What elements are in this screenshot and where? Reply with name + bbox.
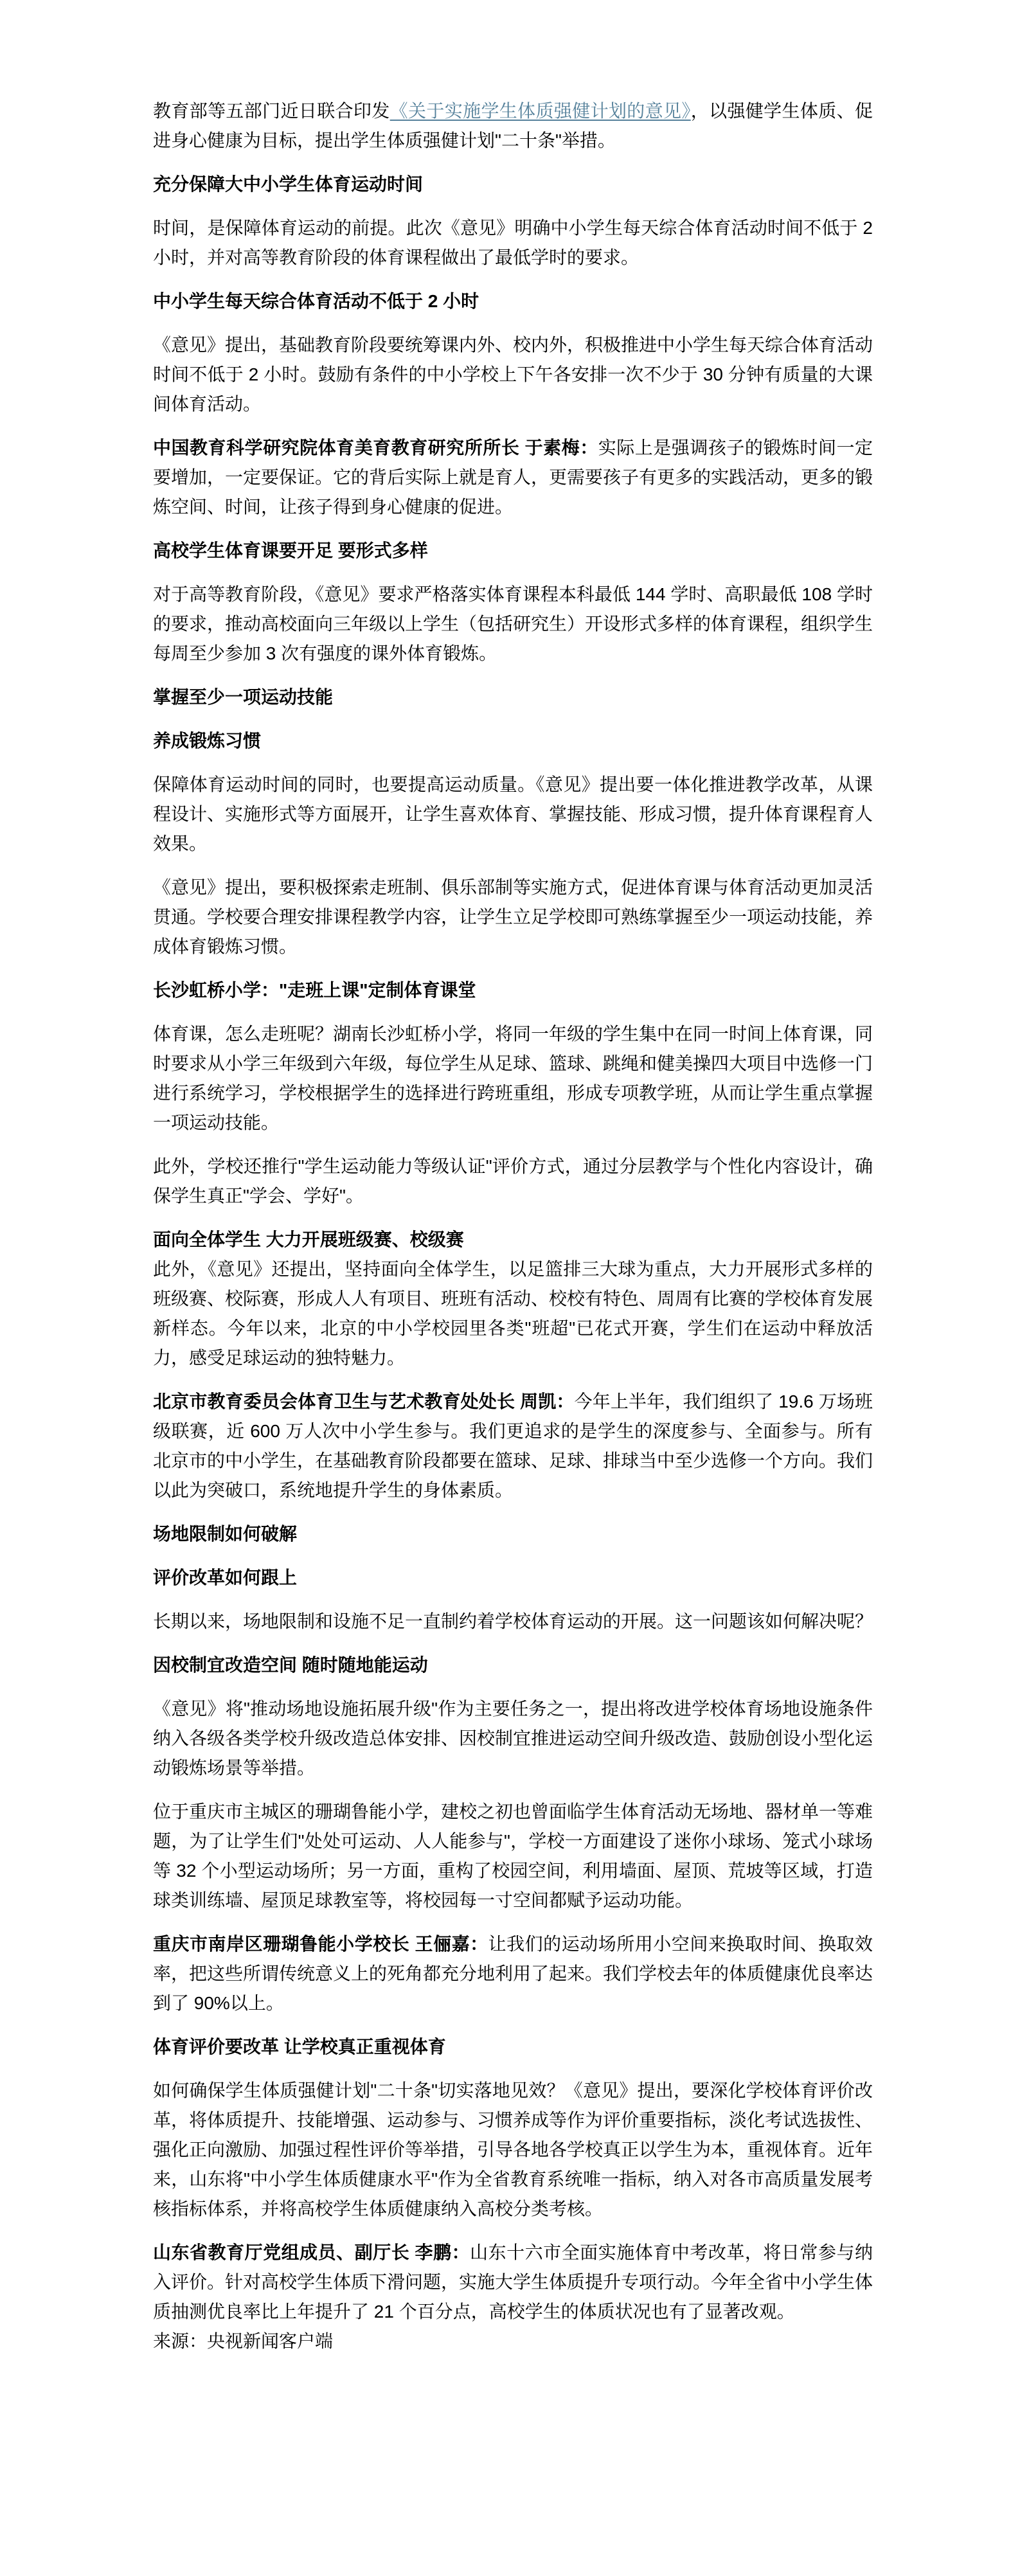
speaker-name: 中国教育科学研究院体育美育教育研究所所长 于素梅：	[153, 438, 598, 458]
policy-document-link[interactable]: 《关于实施学生体质强健计划的意见》	[390, 101, 691, 121]
paragraph-text: 教育部等五部门近日联合印发	[153, 101, 390, 121]
section-heading: 长沙虹桥小学："走班上课"定制体育课堂	[153, 976, 873, 1005]
paragraph-text: 体育课，怎么走班呢？湖南长沙虹桥小学，将同一年级的学生集中在同一时间上体育课，同…	[153, 1024, 873, 1132]
section-heading: 养成锻炼习惯	[153, 726, 873, 756]
speaker-name: 重庆市南岸区珊瑚鲁能小学校长 王俪嘉：	[153, 1934, 488, 1954]
heading-text: 掌握至少一项运动技能	[153, 687, 333, 707]
heading-text: 评价改革如何跟上	[153, 1568, 297, 1588]
heading-text: 高校学生体育课要开足 要形式多样	[153, 541, 428, 560]
paragraph: 教育部等五部门近日联合印发《关于实施学生体质强健计划的意见》，以强健学生体质、促…	[153, 96, 873, 156]
paragraph-text: 如何确保学生体质强健计划"二十条"切实落地见效？《意见》提出，要深化学校体育评价…	[153, 2080, 873, 2219]
paragraph: 北京市教育委员会体育卫生与艺术教育处处长 周凯：今年上半年，我们组织了 19.6…	[153, 1387, 873, 1505]
paragraph: 《意见》将"推动场地设施拓展升级"作为主要任务之一，提出将改进学校体育场地设施条…	[153, 1694, 873, 1783]
heading-text: 因校制宜改造空间 随时随地能运动	[153, 1655, 428, 1675]
heading-text: 充分保障大中小学生体育运动时间	[153, 174, 423, 194]
heading-text: 长沙虹桥小学："走班上课"定制体育课堂	[153, 980, 476, 1000]
paragraph: 保障体育运动时间的同时，也要提高运动质量。《意见》提出要一体化推进教学改革，从课…	[153, 770, 873, 859]
paragraph: 如何确保学生体质强健计划"二十条"切实落地见效？《意见》提出，要深化学校体育评价…	[153, 2076, 873, 2224]
heading-text: 面向全体学生 大力开展班级赛、校级赛	[153, 1230, 464, 1249]
paragraph: 时间，是保障体育运动的前提。此次《意见》明确中小学生每天综合体育活动时间不低于 …	[153, 213, 873, 273]
paragraph: 此外，学校还推行"学生运动能力等级认证"评价方式，通过分层教学与个性化内容设计，…	[153, 1152, 873, 1211]
section-heading: 充分保障大中小学生体育运动时间	[153, 170, 873, 199]
paragraph-text: 《意见》提出，基础教育阶段要统筹课内外、校内外，积极推进中小学生每天综合体育活动…	[153, 335, 873, 414]
paragraph: 《意见》提出，要积极探索走班制、俱乐部制等实施方式，促进体育课与体育活动更加灵活…	[153, 873, 873, 962]
section-heading: 高校学生体育课要开足 要形式多样	[153, 536, 873, 566]
paragraph: 对于高等教育阶段，《意见》要求严格落实体育课程本科最低 144 学时、高职最低 …	[153, 580, 873, 668]
paragraph: 山东省教育厅党组成员、副厅长 李鹏：山东十六市全面实施体育中考改革，将日常参与纳…	[153, 2238, 873, 2327]
paragraph-text: 位于重庆市主城区的珊瑚鲁能小学，建校之初也曾面临学生体育活动无场地、器材单一等难…	[153, 1802, 873, 1910]
speaker-name: 北京市教育委员会体育卫生与艺术教育处处长 周凯：	[153, 1391, 575, 1411]
section-heading: 评价改革如何跟上	[153, 1563, 873, 1593]
section-heading: 面向全体学生 大力开展班级赛、校级赛	[153, 1225, 873, 1255]
paragraph-text: 时间，是保障体育运动的前提。此次《意见》明确中小学生每天综合体育活动时间不低于 …	[153, 218, 873, 267]
paragraph-text: 《意见》将"推动场地设施拓展升级"作为主要任务之一，提出将改进学校体育场地设施条…	[153, 1699, 873, 1778]
paragraph: 体育课，怎么走班呢？湖南长沙虹桥小学，将同一年级的学生集中在同一时间上体育课，同…	[153, 1019, 873, 1138]
paragraph: 长期以来，场地限制和设施不足一直制约着学校体育运动的开展。这一问题该如何解决呢？	[153, 1607, 873, 1636]
heading-text: 场地限制如何破解	[153, 1524, 297, 1544]
heading-text: 体育评价要改革 让学校真正重视体育	[153, 2037, 446, 2057]
section-heading: 体育评价要改革 让学校真正重视体育	[153, 2032, 873, 2062]
paragraph-text: 此外，学校还推行"学生运动能力等级认证"评价方式，通过分层教学与个性化内容设计，…	[153, 1156, 873, 1206]
heading-text: 养成锻炼习惯	[153, 731, 261, 751]
section-heading: 因校制宜改造空间 随时随地能运动	[153, 1650, 873, 1680]
paragraph: 此外，《意见》还提出，坚持面向全体学生，以足篮排三大球为重点，大力开展形式多样的…	[153, 1255, 873, 1373]
paragraph: 中国教育科学研究院体育美育教育研究所所长 于素梅：实际上是强调孩子的锻炼时间一定…	[153, 433, 873, 522]
paragraph-text: 保障体育运动时间的同时，也要提高运动质量。《意见》提出要一体化推进教学改革，从课…	[153, 774, 873, 854]
paragraph: 位于重庆市主城区的珊瑚鲁能小学，建校之初也曾面临学生体育活动无场地、器材单一等难…	[153, 1797, 873, 1915]
paragraph-text: 《意见》提出，要积极探索走班制、俱乐部制等实施方式，促进体育课与体育活动更加灵活…	[153, 877, 873, 956]
heading-text: 中小学生每天综合体育活动不低于 2 小时	[153, 291, 479, 311]
paragraph: 重庆市南岸区珊瑚鲁能小学校长 王俪嘉：让我们的运动场所用小空间来换取时间、换取效…	[153, 1929, 873, 2018]
paragraph-text: 来源：央视新闻客户端	[153, 2331, 333, 2351]
section-heading: 掌握至少一项运动技能	[153, 683, 873, 712]
speaker-name: 山东省教育厅党组成员、副厅长 李鹏：	[153, 2242, 470, 2262]
article-body: 教育部等五部门近日联合印发《关于实施学生体质强健计划的意见》，以强健学生体质、促…	[153, 96, 873, 2356]
article-page: 教育部等五部门近日联合印发《关于实施学生体质强健计划的意见》，以强健学生体质、促…	[0, 0, 1020, 2576]
paragraph-text: 长期以来，场地限制和设施不足一直制约着学校体育运动的开展。这一问题该如何解决呢？	[153, 1611, 873, 1631]
section-heading: 中小学生每天综合体育活动不低于 2 小时	[153, 287, 873, 316]
paragraph-text: 此外，《意见》还提出，坚持面向全体学生，以足篮排三大球为重点，大力开展形式多样的…	[153, 1259, 873, 1368]
paragraph: 《意见》提出，基础教育阶段要统筹课内外、校内外，积极推进中小学生每天综合体育活动…	[153, 330, 873, 419]
section-heading: 场地限制如何破解	[153, 1519, 873, 1549]
paragraph-text: 对于高等教育阶段，《意见》要求严格落实体育课程本科最低 144 学时、高职最低 …	[153, 584, 873, 663]
paragraph: 来源：央视新闻客户端	[153, 2327, 873, 2356]
